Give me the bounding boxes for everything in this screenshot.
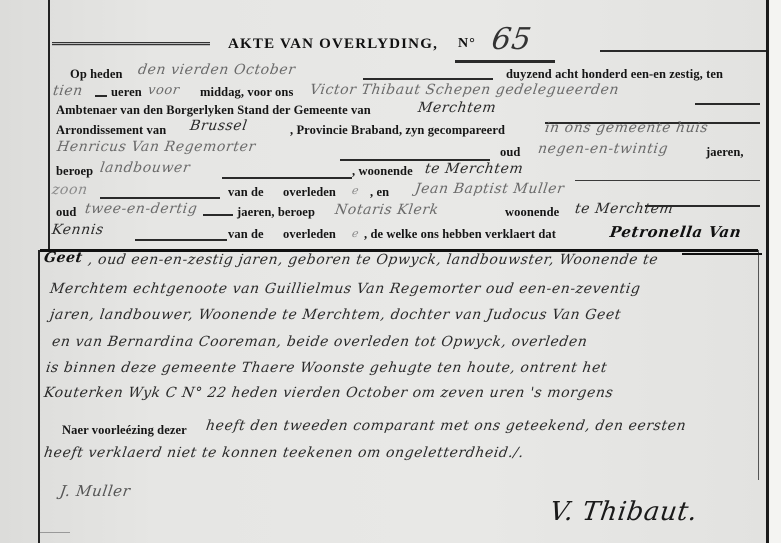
fill-rule: [203, 214, 233, 216]
label-jaeren1: jaeren,: [706, 145, 744, 160]
hw-line4: en van Bernardina Cooreman, beide overle…: [51, 334, 589, 350]
hw-line5: is binnen deze gemeente Thaere Woonste g…: [45, 360, 608, 376]
fill-rule: [695, 103, 760, 105]
hw-deceased-first: Petronella Van: [609, 223, 743, 241]
fill-rule: [135, 239, 227, 241]
hw-line1: , oud een-en-zestig jaren, geboren te Op…: [87, 252, 659, 268]
hw-place: in ons gemeente huis: [544, 120, 709, 136]
hw-witness1-relation: zoon: [51, 182, 89, 198]
hw-line3: jaren, landbouwer, Woonende te Merchtem,…: [49, 307, 622, 323]
register-page: AKTE VAN OVERLYDING, N° 65 Op heden den …: [0, 0, 781, 543]
hw-line2: Merchtem echtgenoote van Guillielmus Van…: [49, 281, 642, 297]
hw-witness2-residence: te Merchtem: [574, 201, 675, 217]
label-middag: middag, voor ons: [200, 85, 293, 100]
label-jaeren-beroep: jaeren, beroep: [237, 205, 315, 220]
hw-witness2-relation: Kennis: [51, 222, 105, 238]
hw-witness2-job: Notaris Klerk: [334, 202, 440, 218]
hw-witness1-job: landbouwer: [99, 160, 191, 176]
label-oud1: oud: [500, 145, 520, 160]
hw-officer: Victor Thibaut Schepen gedelegueerden: [309, 82, 620, 98]
label-welke: , de welke ons hebben verklaert dat: [364, 227, 556, 242]
signature-officer: V. Thibaut.: [548, 497, 700, 527]
hw-witness2-name: Jean Baptist Muller: [414, 181, 566, 197]
hw-date: den vierden October: [137, 62, 297, 78]
label-provincie: , Provincie Braband, zyn gecompareerd: [290, 123, 505, 138]
hw-line7: heeft den tweeden comparant met ons gete…: [205, 418, 687, 434]
hw-relation2-suffix: e: [351, 227, 360, 240]
number-underline: [455, 60, 555, 63]
hw-deceased-last: Geet: [43, 250, 84, 266]
hw-witness2-age: twee-en-dertig: [84, 201, 199, 217]
fill-rule: [100, 197, 220, 199]
hw-voor: voor: [147, 83, 181, 98]
label-duyzend: duyzend acht honderd een-en zestig, ten: [506, 67, 723, 82]
right-border-rule: [766, 0, 769, 543]
hw-line8: heeft verklaerd niet te konnen teekenen …: [43, 445, 525, 461]
title-rule-left: [52, 42, 210, 46]
bottom-mark: [40, 532, 70, 533]
label-arrondissement: Arrondissement van: [56, 123, 166, 138]
hw-line6: Kouterken Wyk C N° 22 heden vierden Octo…: [43, 385, 615, 401]
hw-witness1-age: negen-en-twintig: [537, 141, 669, 157]
left-margin-rule: [48, 0, 50, 250]
fill-rule: [363, 78, 493, 80]
hw-witness1-residence: te Merchtem: [424, 161, 525, 177]
label-woonende2: woonende: [505, 205, 559, 220]
label-naer: Naer voorleézing dezer: [62, 423, 187, 438]
label-ambtenaer: Ambtenaer van den Borgerlyken Stand der …: [56, 103, 371, 118]
label-oud2: oud: [56, 205, 76, 220]
title-rule-right: [600, 50, 766, 52]
deceased-box-rule: [682, 253, 762, 255]
right-inner-rule: [758, 250, 759, 480]
label-ueren: ueren: [111, 85, 142, 100]
label-vande1: van de: [228, 185, 264, 200]
left-margin-rule-lower: [38, 250, 40, 543]
label-vande2: van de: [228, 227, 264, 242]
fill-rule: [575, 180, 760, 181]
label-op-heden: Op heden: [70, 67, 123, 82]
label-beroep1: beroep: [56, 164, 93, 179]
fill-rule: [95, 95, 107, 97]
certificate-number: 65: [490, 22, 534, 57]
hw-witness1-name: Henricus Van Regemorter: [56, 139, 257, 155]
label-overleden2: overleden: [283, 227, 336, 242]
number-label: N°: [458, 36, 476, 52]
page-edge: [769, 0, 781, 543]
label-en: , en: [370, 185, 389, 200]
document-title: AKTE VAN OVERLYDING,: [228, 36, 438, 53]
fill-rule: [222, 177, 352, 179]
signature-witness: J. Muller: [59, 482, 132, 500]
label-overleden1: overleden: [283, 185, 336, 200]
hw-gemeente: Merchtem: [417, 100, 497, 116]
hw-arrondissement: Brussel: [189, 118, 249, 134]
label-woonende1: , woonende: [352, 164, 413, 179]
hw-relation1-suffix: e: [351, 184, 360, 197]
hw-hour: tien: [52, 83, 84, 99]
